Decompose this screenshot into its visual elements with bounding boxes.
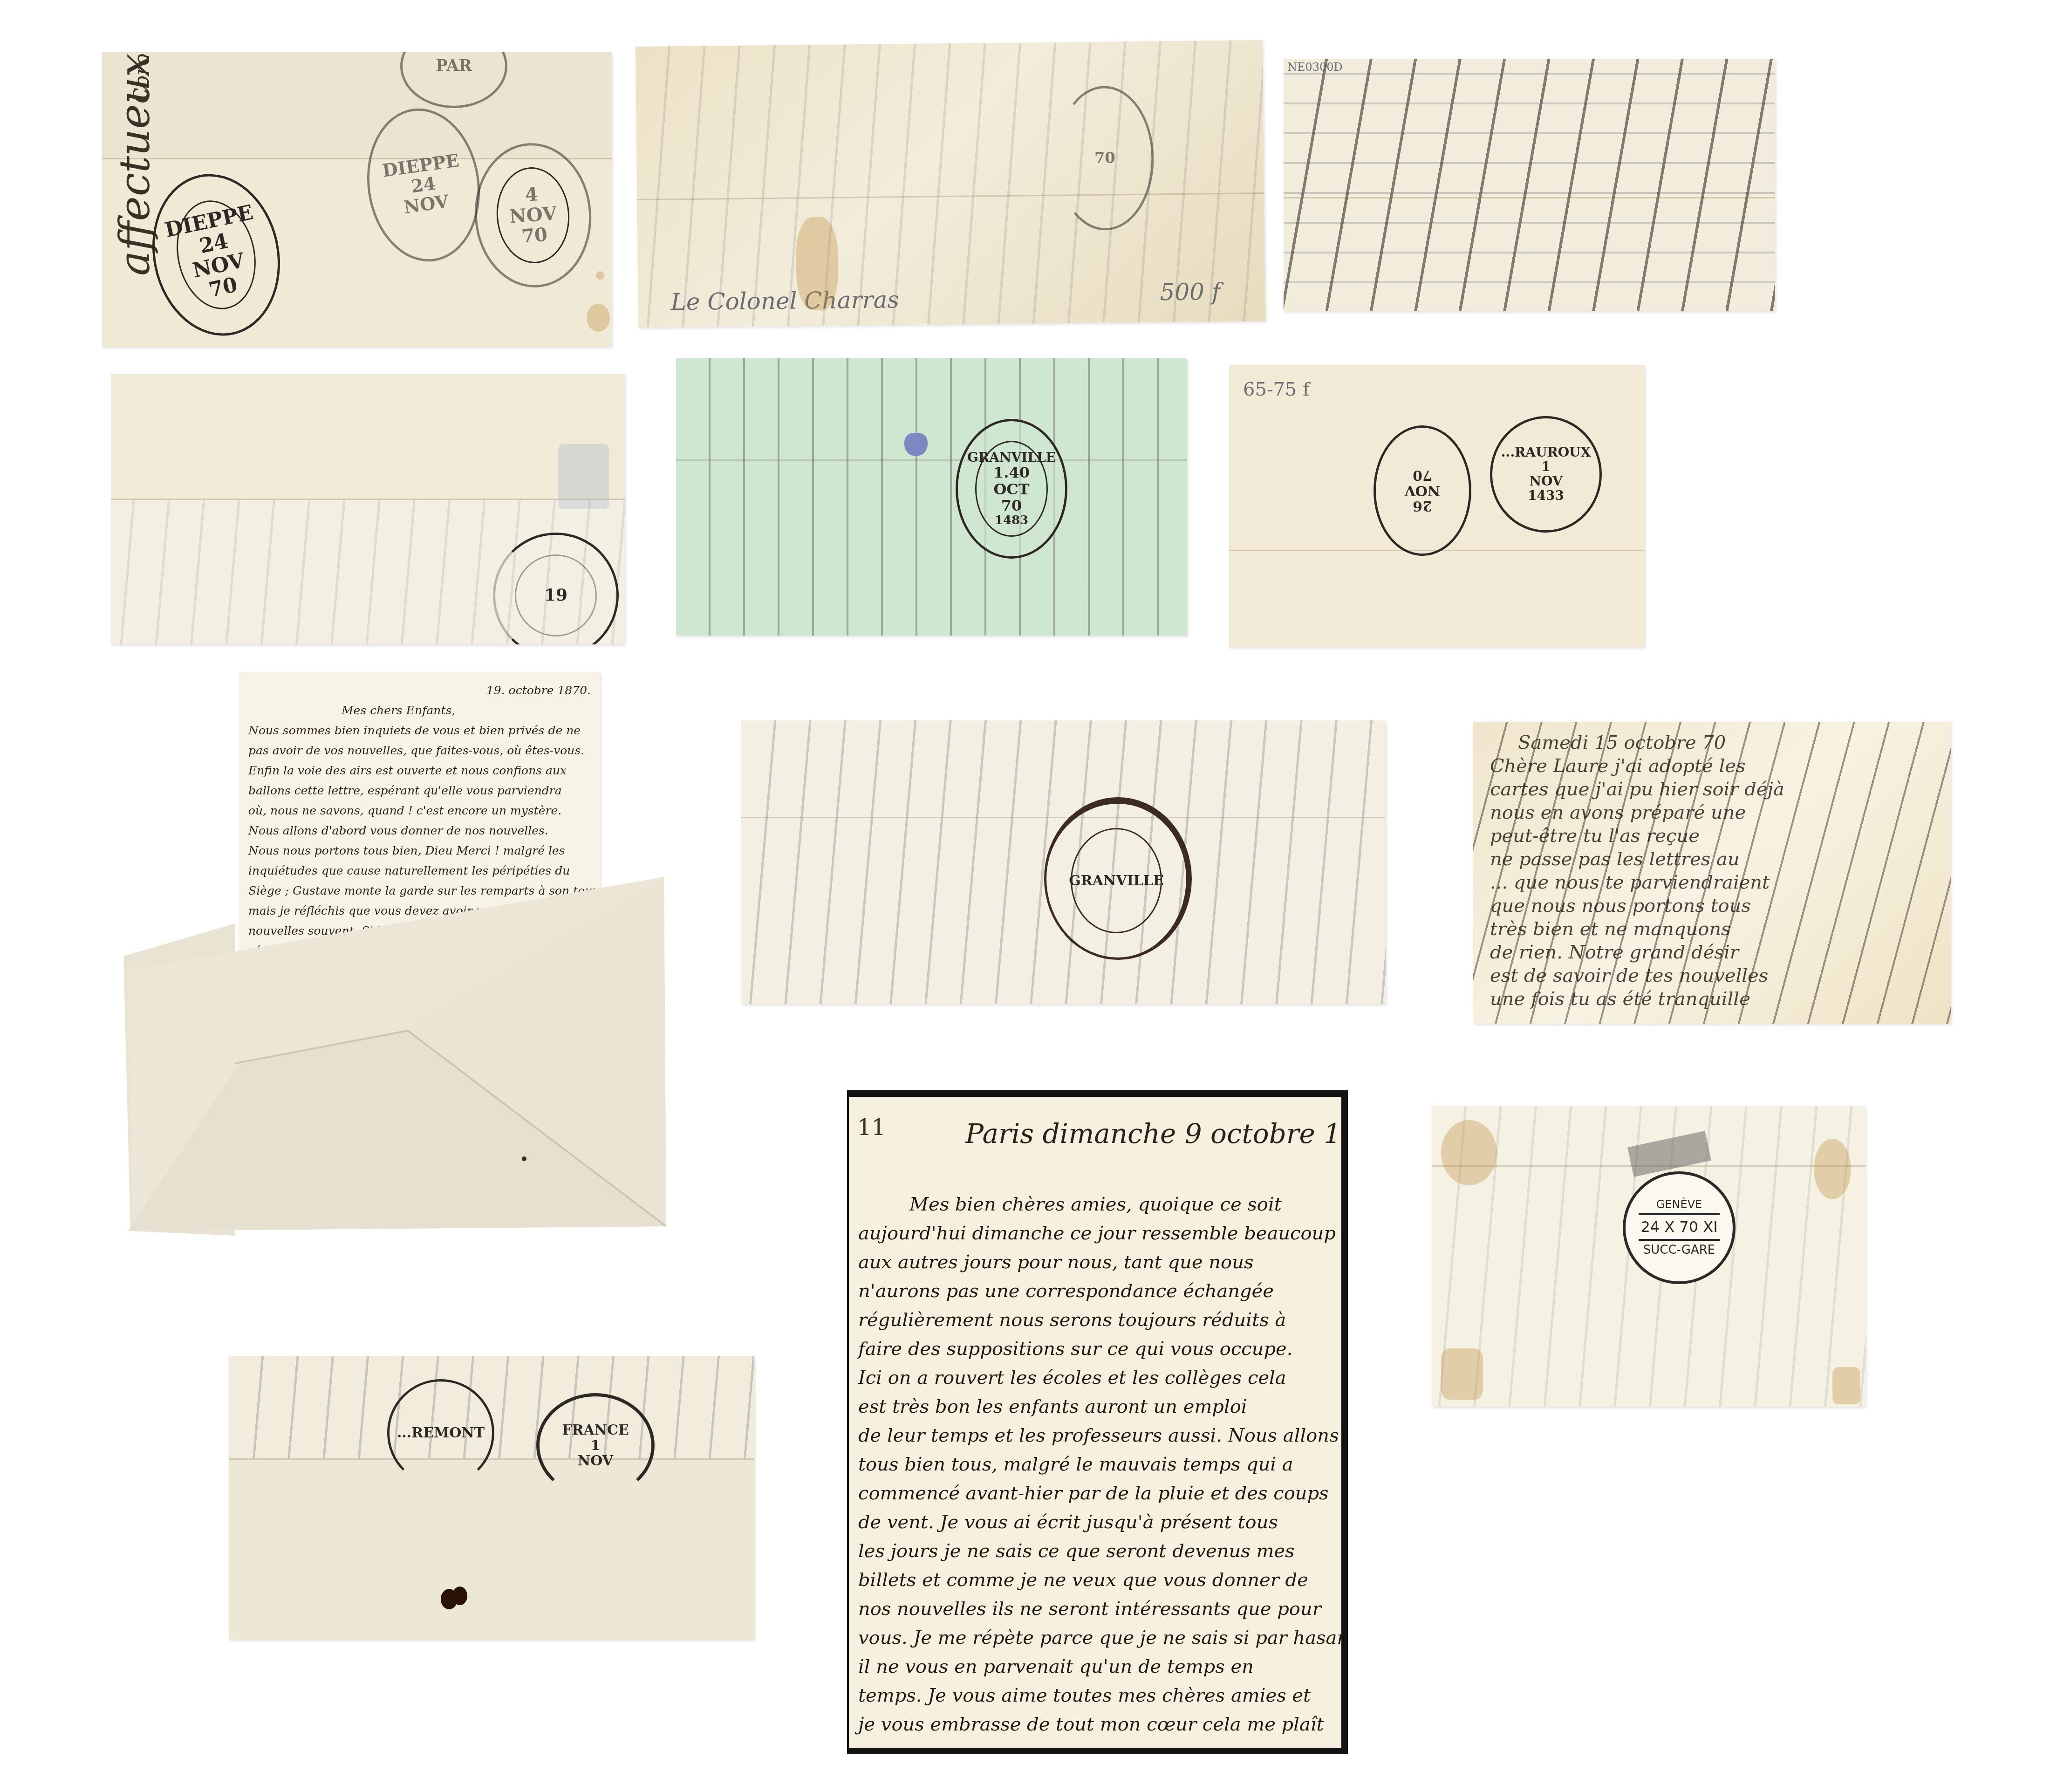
envelope-flap bbox=[676, 358, 1187, 461]
envelope-flap bbox=[229, 1458, 754, 1640]
foxing-stain bbox=[587, 304, 610, 332]
card-handwriting: Samedi 15 octobre 70 Chère Laure j'ai ad… bbox=[1490, 731, 1784, 1011]
envelope-flap bbox=[111, 374, 625, 500]
departure-postmark: ...RAUROUX 1 NOV 1433 bbox=[1490, 416, 1602, 533]
green-cover: GRANVILLE 1.40 OCT 70 1483 bbox=[676, 358, 1187, 636]
annotation-price: 500 f bbox=[1160, 278, 1220, 306]
foxing-stain bbox=[796, 217, 839, 311]
geneve-cover: GENÈVE 24 X 70 XI SUCC-GARE bbox=[1432, 1106, 1865, 1407]
bottom-left-cover: ...REMONT FRANCE 1 NOV bbox=[229, 1356, 754, 1640]
dieppe-postmark: DIEPPE 24 NOV 70 bbox=[138, 162, 295, 347]
crossed-card-right: Samedi 15 octobre 70 Chère Laure j'ai ad… bbox=[1473, 722, 1951, 1024]
paris-letter: 11 Paris dimanche 9 octobre 1870 Mes bie… bbox=[847, 1090, 1348, 1754]
glue-stain bbox=[1441, 1120, 1497, 1185]
letter-body: Mes bien chères amies, quoique ce soit a… bbox=[858, 1190, 1332, 1739]
envelope-flap bbox=[635, 40, 1264, 200]
granville-postmark: GRANVILLE bbox=[1044, 797, 1192, 960]
crossed-letter-top: NE0300D bbox=[1284, 59, 1775, 311]
reference-number: NE0300D bbox=[1287, 61, 1343, 74]
envelope-flap bbox=[741, 720, 1386, 818]
paper-tear-shadow bbox=[558, 444, 609, 509]
granville-postmark: GRANVILLE 1.40 OCT 70 1483 bbox=[956, 419, 1067, 559]
arrival-postmark: 4 NOV 70 bbox=[470, 139, 596, 292]
cover-65-75: 65-75 f 26 NOV 70 ...RAUROUX 1 NOV 1433 bbox=[1229, 365, 1645, 647]
folded-letter-row2-left: 19 bbox=[111, 374, 625, 644]
france-postmark: FRANCE 1 NOV bbox=[536, 1393, 655, 1498]
blue-seal-mark bbox=[904, 433, 928, 456]
dieppe-cover: affectueux Coron DIEPPE 24 NOV 70 DIEPPE… bbox=[102, 52, 612, 347]
opened-envelope bbox=[119, 863, 669, 1236]
granville-cover-center: GRANVILLE bbox=[741, 720, 1386, 1004]
glue-stain bbox=[1814, 1139, 1851, 1199]
wax-blot bbox=[452, 1587, 467, 1605]
remont-postmark: ...REMONT bbox=[387, 1379, 494, 1486]
geneve-postmark: GENÈVE 24 X 70 XI SUCC-GARE bbox=[1623, 1171, 1736, 1284]
annotation-colonel-charras: Le Colonel Charras bbox=[670, 286, 899, 315]
foxing-stain bbox=[596, 271, 604, 280]
glue-stain bbox=[1832, 1367, 1860, 1404]
annotation-coron: Coron bbox=[130, 52, 154, 103]
price-annotation: 65-75 f bbox=[1243, 379, 1310, 400]
charras-cover: 70 Le Colonel Charras 500 f bbox=[635, 40, 1265, 328]
page-number: 11 bbox=[857, 1115, 886, 1141]
fold-line bbox=[1284, 59, 1775, 198]
arrival-postmark: 26 NOV 70 bbox=[1373, 425, 1471, 556]
envelope-shape bbox=[119, 863, 669, 1236]
letter-heading: Paris dimanche 9 octobre 1870 bbox=[965, 1118, 1348, 1149]
glue-stain bbox=[1441, 1348, 1483, 1400]
